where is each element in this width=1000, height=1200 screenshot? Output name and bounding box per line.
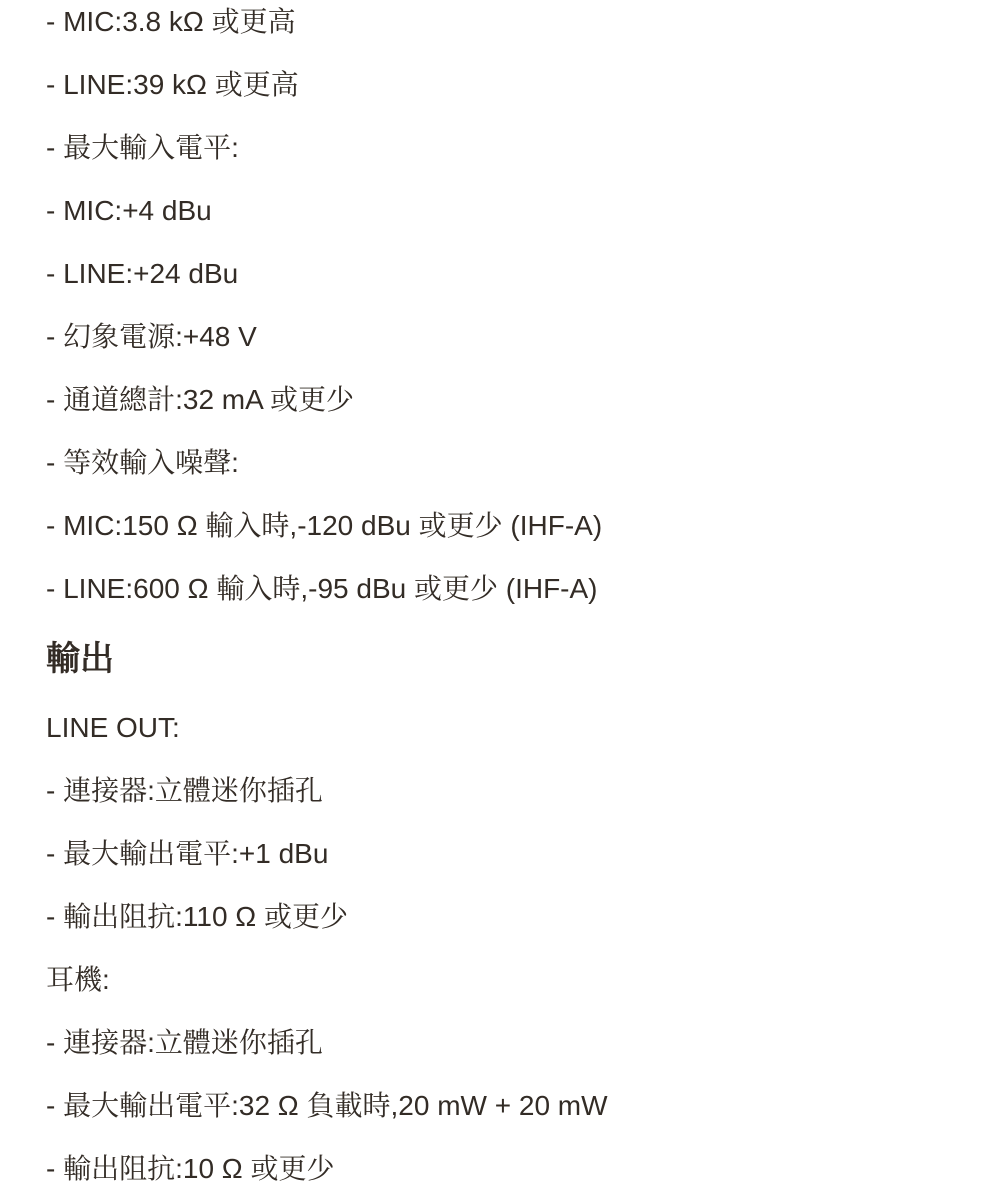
spec-line: - MIC:+4 dBu xyxy=(46,194,960,227)
spec-line: - 最大輸出電平:+1 dBu xyxy=(46,837,960,870)
spec-line: - LINE:+24 dBu xyxy=(46,257,960,290)
spec-line: - LINE:600 Ω 輸入時,-95 dBu 或更少 (IHF-A) xyxy=(46,572,960,605)
spec-line: - 最大輸入電平: xyxy=(46,131,960,164)
spec-line: - 等效輸入噪聲: xyxy=(46,446,960,479)
spec-line: - 連接器:立體迷你插孔 xyxy=(46,1026,960,1059)
spec-line: - 最大輸出電平:32 Ω 負載時,20 mW + 20 mW xyxy=(46,1089,960,1122)
section-heading-output: 輸出 xyxy=(46,637,960,681)
spec-line: - MIC:3.8 kΩ 或更高 xyxy=(46,5,960,38)
spec-line: - 輸出阻抗:110 Ω 或更少 xyxy=(46,900,960,933)
spec-line: 耳機: xyxy=(46,963,960,996)
spec-line: LINE OUT: xyxy=(46,711,960,744)
spec-line: - LINE:39 kΩ 或更高 xyxy=(46,68,960,101)
spec-line: - MIC:150 Ω 輸入時,-120 dBu 或更少 (IHF-A) xyxy=(46,509,960,542)
spec-line: - 輸出阻抗:10 Ω 或更少 xyxy=(46,1152,960,1185)
spec-line: - 通道總計:32 mA 或更少 xyxy=(46,383,960,416)
spec-line: - 連接器:立體迷你插孔 xyxy=(46,774,960,807)
spec-document: - MIC:3.8 kΩ 或更高 - LINE:39 kΩ 或更高 - 最大輸入… xyxy=(0,0,1000,1185)
spec-line: - 幻象電源:+48 V xyxy=(46,320,960,353)
